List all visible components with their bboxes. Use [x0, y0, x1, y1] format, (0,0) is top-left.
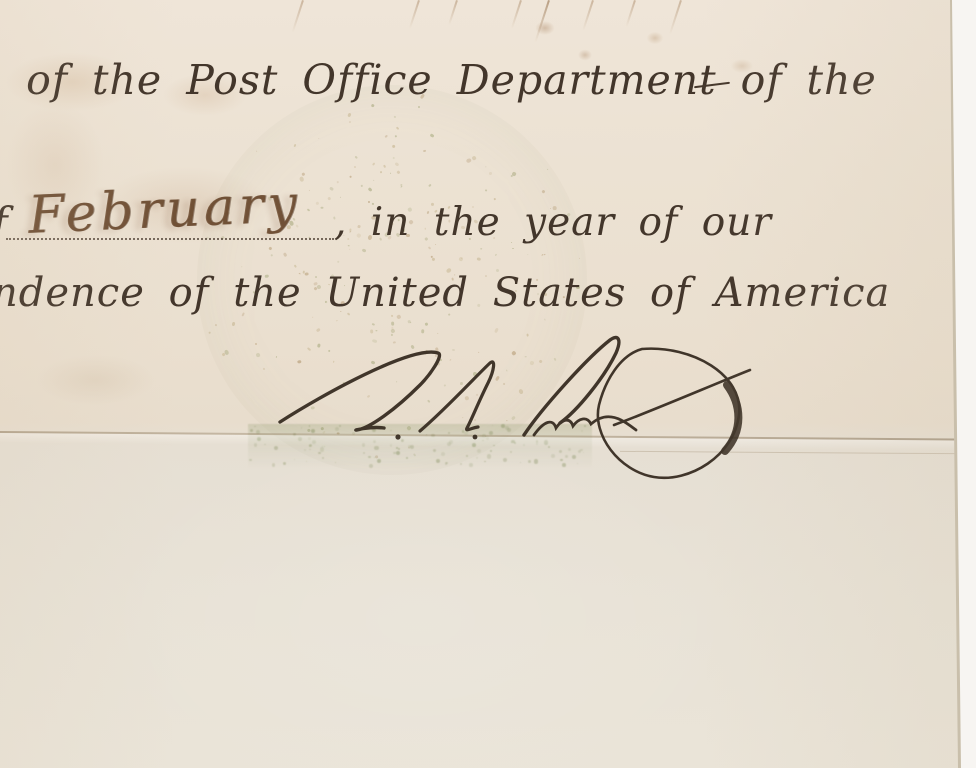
printed-line-year: , in the year of our [334, 200, 772, 245]
cutoff-descender-stroke [625, 0, 636, 27]
cutoff-descender-stroke [582, 0, 594, 31]
signature-us-grant [272, 323, 772, 508]
cutoff-descender-stroke [534, 0, 549, 42]
cutoff-descender-stroke [669, 0, 682, 35]
printed-line-post-office: l of the Post Office Department of the [0, 56, 877, 104]
photo-background: l of the Post Office Department of the f… [0, 0, 976, 768]
handwritten-month: February [27, 174, 302, 246]
fold-crease [0, 431, 956, 441]
paper-stains [0, 0, 976, 768]
cutoff-descender-stroke [409, 0, 420, 29]
cutoff-descender-stroke [448, 0, 458, 25]
fold-crease-secondary [620, 451, 956, 454]
document-paper: l of the Post Office Department of the f… [0, 0, 976, 768]
printed-line-independence: ndence of the United States of America [0, 270, 890, 316]
cutoff-descender-stroke [511, 0, 522, 29]
cutoff-descender-stroke [291, 0, 303, 33]
